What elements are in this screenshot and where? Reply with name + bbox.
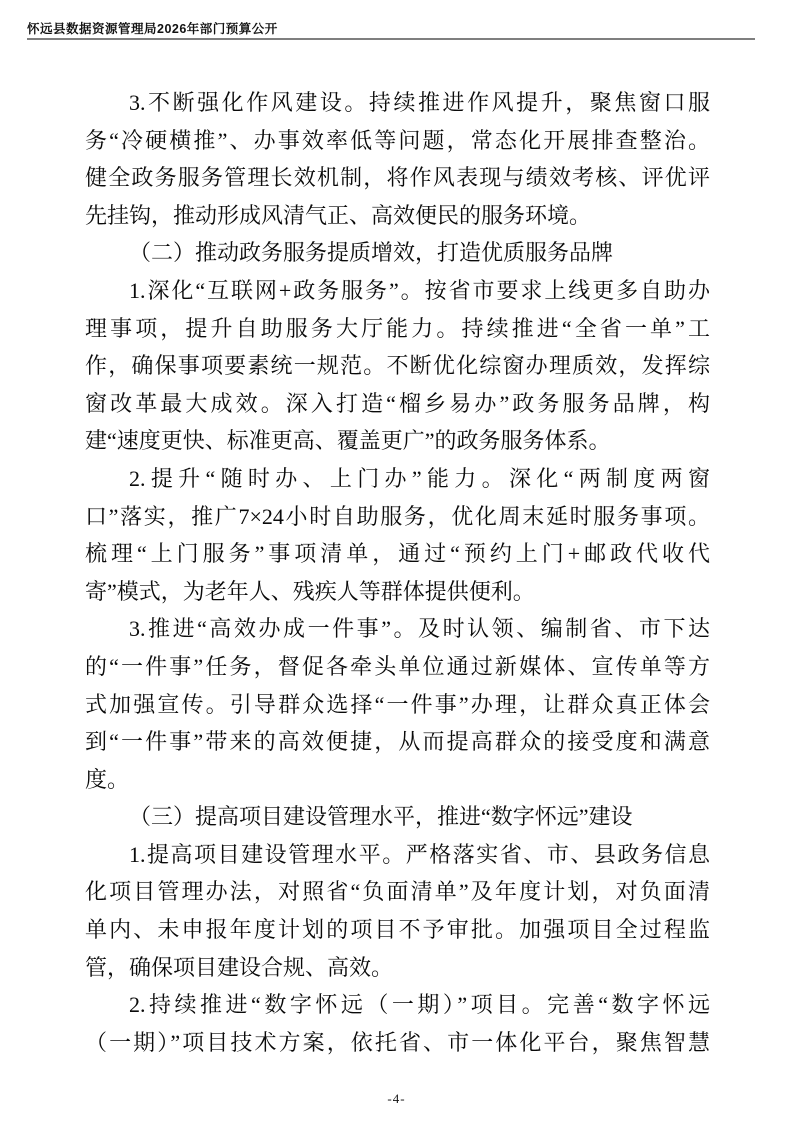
header-rule: [27, 38, 755, 40]
paragraph: （三）提高项目建设管理水平，推进“数字怀远”建设: [85, 798, 710, 836]
text-line: 理事项，提升自助服务大厅能力。持续推进“全省一单”工: [85, 310, 710, 348]
text-line: 建“速度更快、标准更高、覆盖更广”的政务服务体系。: [85, 422, 710, 460]
page-footer: -4-: [0, 1091, 793, 1107]
text-line: 务“冷硬横推”、办事效率低等问题，常态化开展排查整治。: [85, 122, 710, 160]
text-line: 1.提高项目建设管理水平。严格落实省、市、县政务信息: [85, 836, 710, 874]
text-line: 窗改革最大成效。深入打造“榴乡易办”政务服务品牌，构: [85, 385, 710, 423]
text-line: 化项目管理办法，对照省“负面清单”及年度计划，对负面清: [85, 873, 710, 911]
document-page: 怀远县数据资源管理局2026年部门预算公开 3.不断强化作风建设。持续推进作风提…: [0, 0, 793, 1122]
paragraph: 2.持续推进“数字怀远（一期）”项目。完善“数字怀远（一期）”项目技术方案，依托…: [85, 986, 710, 1061]
text-line: （三）提高项目建设管理水平，推进“数字怀远”建设: [85, 798, 710, 836]
paragraph: 2.提升“随时办、上门办”能力。深化“两制度两窗口”落实，推广7×24小时自助服…: [85, 460, 710, 610]
text-line: 式加强宣传。引导群众选择“一件事”办理，让群众真正体会: [85, 686, 710, 724]
paragraph: 1.提高项目建设管理水平。严格落实省、市、县政务信息化项目管理办法，对照省“负面…: [85, 836, 710, 986]
paragraph: 1.深化“互联网+政务服务”。按省市要求上线更多自助办理事项，提升自助服务大厅能…: [85, 272, 710, 460]
paragraph: （二）推动政务服务提质增效，打造优质服务品牌: [85, 234, 710, 272]
document-body: 3.不断强化作风建设。持续推进作风提升，聚焦窗口服务“冷硬横推”、办事效率低等问…: [85, 84, 710, 1061]
text-line: 到“一件事”带来的高效便捷，从而提高群众的接受度和满意: [85, 723, 710, 761]
text-line: 口”落实，推广7×24小时自助服务，优化周末延时服务事项。: [85, 498, 710, 536]
text-line: （一期）”项目技术方案，依托省、市一体化平台，聚焦智慧: [85, 1024, 710, 1062]
text-line: 2.提升“随时办、上门办”能力。深化“两制度两窗: [85, 460, 710, 498]
paragraph: 3.推进“高效办成一件事”。及时认领、编制省、市下达的“一件事”任务，督促各牵头…: [85, 610, 710, 798]
page-number: -4-: [387, 1091, 405, 1106]
text-line: 度。: [85, 761, 710, 799]
text-line: （二）推动政务服务提质增效，打造优质服务品牌: [85, 234, 710, 272]
text-line: 先挂钩，推动形成风清气正、高效便民的服务环境。: [85, 197, 710, 235]
text-line: 3.不断强化作风建设。持续推进作风提升，聚焦窗口服: [85, 84, 710, 122]
text-line: 健全政务服务管理长效机制，将作风表现与绩效考核、评优评: [85, 159, 710, 197]
paragraph: 3.不断强化作风建设。持续推进作风提升，聚焦窗口服务“冷硬横推”、办事效率低等问…: [85, 84, 710, 234]
header-title: 怀远县数据资源管理局2026年部门预算公开: [27, 19, 278, 37]
text-line: 1.深化“互联网+政务服务”。按省市要求上线更多自助办: [85, 272, 710, 310]
text-line: 单内、未申报年度计划的项目不予审批。加强项目全过程监: [85, 911, 710, 949]
text-line: 作，确保事项要素统一规范。不断优化综窗办理质效，发挥综: [85, 347, 710, 385]
text-line: 寄”模式，为老年人、残疾人等群体提供便利。: [85, 573, 710, 611]
text-line: 管，确保项目建设合规、高效。: [85, 949, 710, 987]
text-line: 梳理“上门服务”事项清单，通过“预约上门+邮政代收代: [85, 535, 710, 573]
text-line: 3.推进“高效办成一件事”。及时认领、编制省、市下达: [85, 610, 710, 648]
text-line: 2.持续推进“数字怀远（一期）”项目。完善“数字怀远: [85, 986, 710, 1024]
text-line: 的“一件事”任务，督促各牵头单位通过新媒体、宣传单等方: [85, 648, 710, 686]
